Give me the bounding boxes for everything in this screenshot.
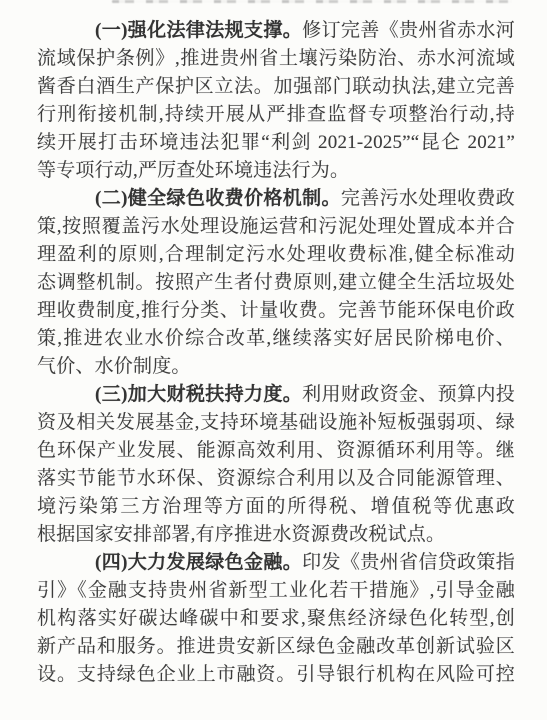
document-page: (一)强化法律法规支撑。修订完善《贵州省赤水河 流域保护条例》,推进贵州省土壤污… xyxy=(0,0,547,720)
document-line: 策,按照覆盖污水处理设施运营和污泥处理处置成本并合 xyxy=(37,213,515,241)
line-text: 印发《贵州省信贷政策指 xyxy=(302,552,515,573)
line-text: 引》《金融支持贵州省新型工业化若干措施》,引导金融 xyxy=(37,580,515,601)
document-line: (一)强化法律法规支撑。修订完善《贵州省赤水河 xyxy=(37,17,515,45)
document-line: (二)健全绿色收费价格机制。完善污水处理收费政 xyxy=(37,185,515,213)
document-line: 引》《金融支持贵州省新型工业化若干措施》,引导金融 xyxy=(37,577,515,605)
document-line: 策,推进农业水价综合改革,继续落实好居民阶梯电价、 xyxy=(37,325,515,353)
line-text: 设。支持绿色企业上市融资。引导银行机构在风险可控前 xyxy=(37,664,515,689)
section-heading: (三)加大财税扶持力度。 xyxy=(95,384,302,405)
line-text: 资及相关发展基金,支持环境基础设施补短板强弱项、绿 xyxy=(37,412,515,433)
line-text: 态调整机制。按照产生者付费原则,建立健全生活垃圾处 xyxy=(37,272,515,293)
line-text: 新产品和服务。推进贵安新区绿色金融改革创新试验区建 xyxy=(37,636,515,661)
document-line: (三)加大财税扶持力度。利用财政资金、预算内投 xyxy=(37,381,515,409)
line-text: 落实节能节水环保、资源综合利用以及合同能源管理、环 xyxy=(37,468,515,493)
document-text-block: (一)强化法律法规支撑。修订完善《贵州省赤水河 流域保护条例》,推进贵州省土壤污… xyxy=(37,17,515,689)
line-text: 境污染第三方治理等方面的所得税、增值税等优惠政策。 xyxy=(37,496,515,521)
line-text: 酱香白酒生产保护区立法。加强部门联动执法,建立完善 xyxy=(37,76,515,97)
line-text: 利用财政资金、预算内投 xyxy=(302,384,515,405)
line-text: 策,推进农业水价综合改革,继续落实好居民阶梯电价、 xyxy=(37,328,515,349)
document-line: 理收费制度,推行分类、计量收费。完善节能环保电价政 xyxy=(37,297,515,325)
document-line: 设。支持绿色企业上市融资。引导银行机构在风险可控前 xyxy=(37,661,515,689)
document-line: 机构落实好碳达峰碳中和要求,聚焦经济绿色化转型,创 xyxy=(37,605,515,633)
document-line: 落实节能节水环保、资源综合利用以及合同能源管理、环 xyxy=(37,465,515,493)
document-line: 资及相关发展基金,支持环境基础设施补短板强弱项、绿 xyxy=(37,409,515,437)
line-text: 策,按照覆盖污水处理设施运营和污泥处理处置成本并合 xyxy=(37,216,515,237)
line-text: 完善污水处理收费政 xyxy=(341,188,515,209)
document-line: 境污染第三方治理等方面的所得税、增值税等优惠政策。 xyxy=(37,493,515,521)
document-line: 续开展打击环境违法犯罪“利剑 2021-2025”“昆仑 2021” xyxy=(37,129,515,157)
section-heading: (四)大力发展绿色金融。 xyxy=(95,552,302,573)
line-text: 理盈利的原则,合理制定污水处理收费标准,健全标准动 xyxy=(37,244,515,265)
line-text: 续开展打击环境违法犯罪“利剑 2021-2025”“昆仑 2021” xyxy=(37,132,515,153)
document-line: 色环保产业发展、能源高效利用、资源循环利用等。继续 xyxy=(37,437,515,465)
document-line: 酱香白酒生产保护区立法。加强部门联动执法,建立完善 xyxy=(37,73,515,101)
section-heading: (一)强化法律法规支撑。 xyxy=(95,20,302,41)
document-line: 流域保护条例》,推进贵州省土壤污染防治、赤水河流域 xyxy=(37,45,515,73)
document-line: 理盈利的原则,合理制定污水处理收费标准,健全标准动 xyxy=(37,241,515,269)
line-text: 根据国家安排部署,有序推进水资源费改税试点。 xyxy=(37,524,445,545)
line-text: 等专项行动,严厉查处环境违法行为。 xyxy=(37,160,349,181)
cropped-text-artifact xyxy=(112,0,512,3)
line-text: 色环保产业发展、能源高效利用、资源循环利用等。继续 xyxy=(37,440,515,465)
document-line: 行刑衔接机制,持续开展从严排查监督专项整治行动,持 xyxy=(37,101,515,129)
line-text: 流域保护条例》,推进贵州省土壤污染防治、赤水河流域 xyxy=(37,48,515,69)
line-text: 行刑衔接机制,持续开展从严排查监督专项整治行动,持 xyxy=(37,104,515,125)
line-text: 理收费制度,推行分类、计量收费。完善节能环保电价政 xyxy=(37,300,515,321)
document-line: 态调整机制。按照产生者付费原则,建立健全生活垃圾处 xyxy=(37,269,515,297)
document-line: 新产品和服务。推进贵安新区绿色金融改革创新试验区建 xyxy=(37,633,515,661)
section-heading: (二)健全绿色收费价格机制。 xyxy=(95,188,341,209)
line-text: 修订完善《贵州省赤水河 xyxy=(302,20,515,41)
line-text: 气价、水价制度。 xyxy=(37,356,191,377)
document-line: 根据国家安排部署,有序推进水资源费改税试点。 xyxy=(37,521,515,549)
line-text: 机构落实好碳达峰碳中和要求,聚焦经济绿色化转型,创 xyxy=(37,608,515,629)
document-line: 气价、水价制度。 xyxy=(37,353,515,381)
document-line: (四)大力发展绿色金融。印发《贵州省信贷政策指 xyxy=(37,549,515,577)
document-line: 等专项行动,严厉查处环境违法行为。 xyxy=(37,157,515,185)
